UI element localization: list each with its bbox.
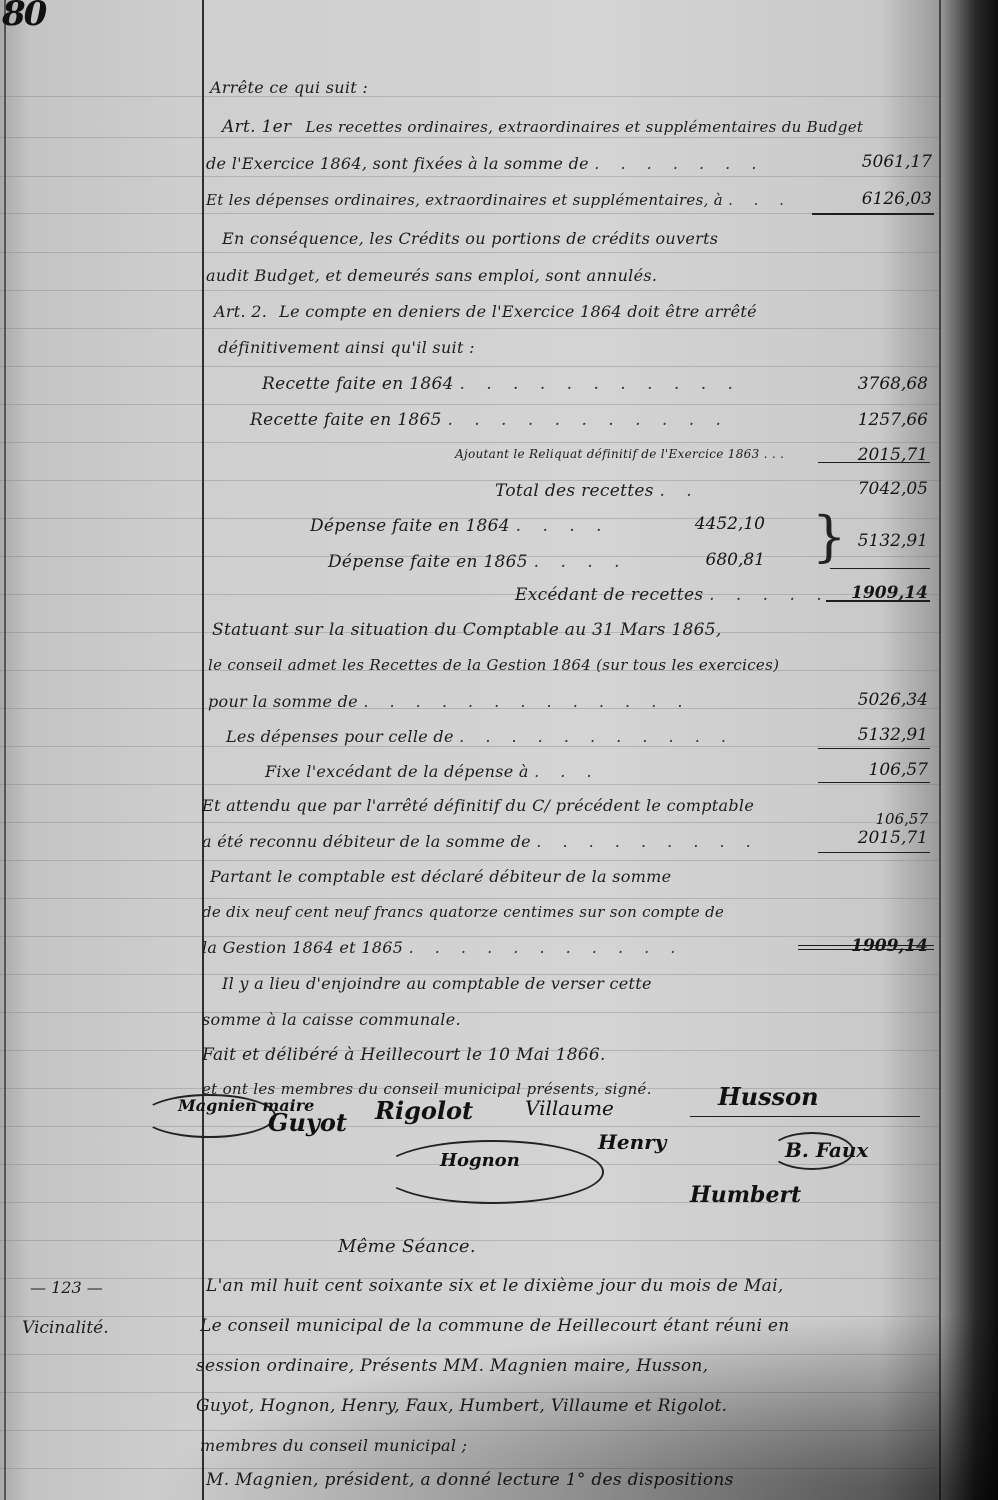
- statuant-amount-b: 2015,71: [808, 828, 928, 848]
- signature-villaume: Villaume: [525, 1096, 614, 1120]
- double-underline-top: [798, 945, 934, 946]
- session-line5: membres du conseil municipal ;: [200, 1436, 467, 1455]
- ruled-line: [0, 366, 940, 367]
- intro-line: Arrête ce qui suit :: [210, 78, 368, 97]
- depense-1865: Dépense faite en 1865 . . . .: [328, 552, 627, 572]
- recette-1864: Recette faite en 1864 . . . . . . . . . …: [262, 374, 741, 394]
- statuant-amount-recettes: 5026,34: [808, 690, 928, 710]
- underline: [818, 782, 930, 783]
- statuant-line3: pour la somme de . . . . . . . . . . . .…: [208, 692, 690, 711]
- statuant-line10: la Gestion 1864 et 1865 . . . . . . . . …: [202, 938, 683, 957]
- signature-guyot: Guyot: [268, 1108, 347, 1137]
- ruled-line: [0, 480, 940, 481]
- art2-line2: définitivement ainsi qu'il suit :: [218, 338, 475, 357]
- art1-amount-recettes: 5061,17: [812, 152, 932, 172]
- excedent-recettes: Excédant de recettes . . . . .: [515, 585, 830, 605]
- statuant-line9: de dix neuf cent neuf francs quatorze ce…: [202, 903, 724, 921]
- ruled-line: [0, 328, 940, 329]
- statuant-amount-excedent: 106,57: [808, 760, 928, 780]
- margin-label: Vicinalité.: [22, 1318, 109, 1338]
- signature-underline: [690, 1116, 920, 1117]
- session-heading: Même Séance.: [338, 1236, 476, 1257]
- underline: [818, 852, 930, 853]
- art1-line1: Art. 1erLes recettes ordinaires, extraor…: [222, 117, 863, 137]
- signature-henry: Henry: [598, 1130, 666, 1154]
- ruled-line: [0, 176, 940, 177]
- ruled-line: [0, 860, 940, 861]
- depense-1864: Dépense faite en 1864 . . . .: [310, 516, 609, 536]
- margin-line: [202, 0, 204, 1500]
- ruled-line: [0, 252, 940, 253]
- art2-label: Art. 2.: [214, 302, 267, 321]
- statuant-line2: le conseil admet les Recettes de la Gest…: [208, 656, 779, 674]
- statuant-line8: Partant le comptable est déclaré débiteu…: [210, 867, 671, 886]
- underline: [826, 600, 930, 602]
- signature-rigolot: Rigolot: [375, 1096, 473, 1125]
- recette-1865: Recette faite en 1865 . . . . . . . . . …: [250, 410, 729, 430]
- underline: [818, 748, 930, 749]
- ruled-line: [0, 96, 940, 97]
- debiteur-amount: 1909,14: [808, 936, 928, 956]
- underline: [830, 568, 930, 569]
- session-line4: Guyot, Hognon, Henry, Faux, Humbert, Vil…: [196, 1396, 727, 1416]
- ruled-line: [0, 1430, 940, 1431]
- total-recettes: Total des recettes . .: [495, 481, 700, 501]
- session-line2: Le conseil municipal de la commune de He…: [200, 1316, 790, 1336]
- margin-number: — 123 —: [30, 1278, 103, 1297]
- signature-hognon: Hognon: [440, 1150, 520, 1171]
- page-left-edge: [4, 0, 6, 1500]
- double-underline-bottom: [798, 949, 934, 950]
- recette-1864-amount: 3768,68: [808, 374, 928, 394]
- statuant-line4: Les dépenses pour celle de . . . . . . .…: [226, 727, 734, 746]
- statuant-line12: somme à la caisse communale.: [202, 1010, 461, 1029]
- depenses-total-amount: 5132,91: [808, 531, 928, 551]
- art1-label: Art. 1er: [222, 117, 291, 137]
- page-number: 80: [2, 0, 45, 34]
- statuant-line6: Et attendu que par l'arrêté définitif du…: [202, 796, 754, 815]
- statuant-line5: Fixe l'excédant de la dépense à . . .: [265, 762, 600, 781]
- recette-1865-amount: 1257,66: [808, 410, 928, 430]
- signature-faux: B. Faux: [785, 1138, 868, 1162]
- ruled-line: [0, 213, 940, 214]
- ruled-line: [0, 404, 940, 405]
- ruled-line: [0, 1126, 940, 1127]
- session-line6: M. Magnien, président, a donné lecture 1…: [206, 1470, 734, 1490]
- underline: [812, 213, 934, 215]
- ruled-line: [0, 822, 940, 823]
- ruled-line: [0, 1468, 940, 1469]
- statuant-line11: Il y a lieu d'enjoindre au comptable de …: [222, 974, 652, 993]
- page-right-edge: [939, 0, 941, 1500]
- ruled-line: [0, 442, 940, 443]
- art2-line1: Art. 2.Le compte en deniers de l'Exercic…: [214, 302, 757, 321]
- ruled-line: [0, 1012, 940, 1013]
- ruled-line: [0, 1354, 940, 1355]
- ruled-line: [0, 290, 940, 291]
- session-line3: session ordinaire, Présents MM. Magnien …: [196, 1356, 708, 1376]
- ruled-line: [0, 936, 940, 937]
- art1-line4: En conséquence, les Crédits ou portions …: [222, 229, 718, 248]
- reliquat-1863: Ajoutant le Reliquat définitif de l'Exer…: [455, 447, 784, 461]
- ruled-line: [0, 137, 940, 138]
- statuant-line7: a été reconnu débiteur de la somme de . …: [202, 832, 759, 851]
- ruled-line: [0, 746, 940, 747]
- ruled-line: [0, 898, 940, 899]
- art1-line2: de l'Exercice 1864, sont fixées à la som…: [206, 154, 764, 173]
- art1-amount-depenses: 6126,03: [812, 189, 932, 209]
- statuant-amount-depenses: 5132,91: [808, 725, 928, 745]
- total-recettes-amount: 7042,05: [808, 479, 928, 499]
- depense-1865-amount: 680,81: [645, 550, 765, 570]
- statuant-amount-a: 106,57: [808, 810, 928, 828]
- statuant-line1: Statuant sur la situation du Comptable a…: [212, 620, 722, 640]
- art1-line3: Et les dépenses ordinaires, extraordinai…: [206, 191, 792, 209]
- depense-1864-amount: 4452,10: [645, 514, 765, 534]
- ruled-line: [0, 1392, 940, 1393]
- ruled-line: [0, 784, 940, 785]
- ledger-page: 80 Arrête ce qui suit : Art. 1erLes rece…: [0, 0, 998, 1500]
- session-line1: L'an mil huit cent soixante six et le di…: [206, 1276, 784, 1296]
- signature-husson: Husson: [718, 1082, 819, 1111]
- underline: [818, 462, 930, 463]
- art1-line5: audit Budget, et demeurés sans emploi, s…: [206, 266, 657, 285]
- statuant-line13: Fait et délibéré à Heillecourt le 10 Mai…: [202, 1045, 606, 1065]
- signature-humbert: Humbert: [690, 1182, 801, 1208]
